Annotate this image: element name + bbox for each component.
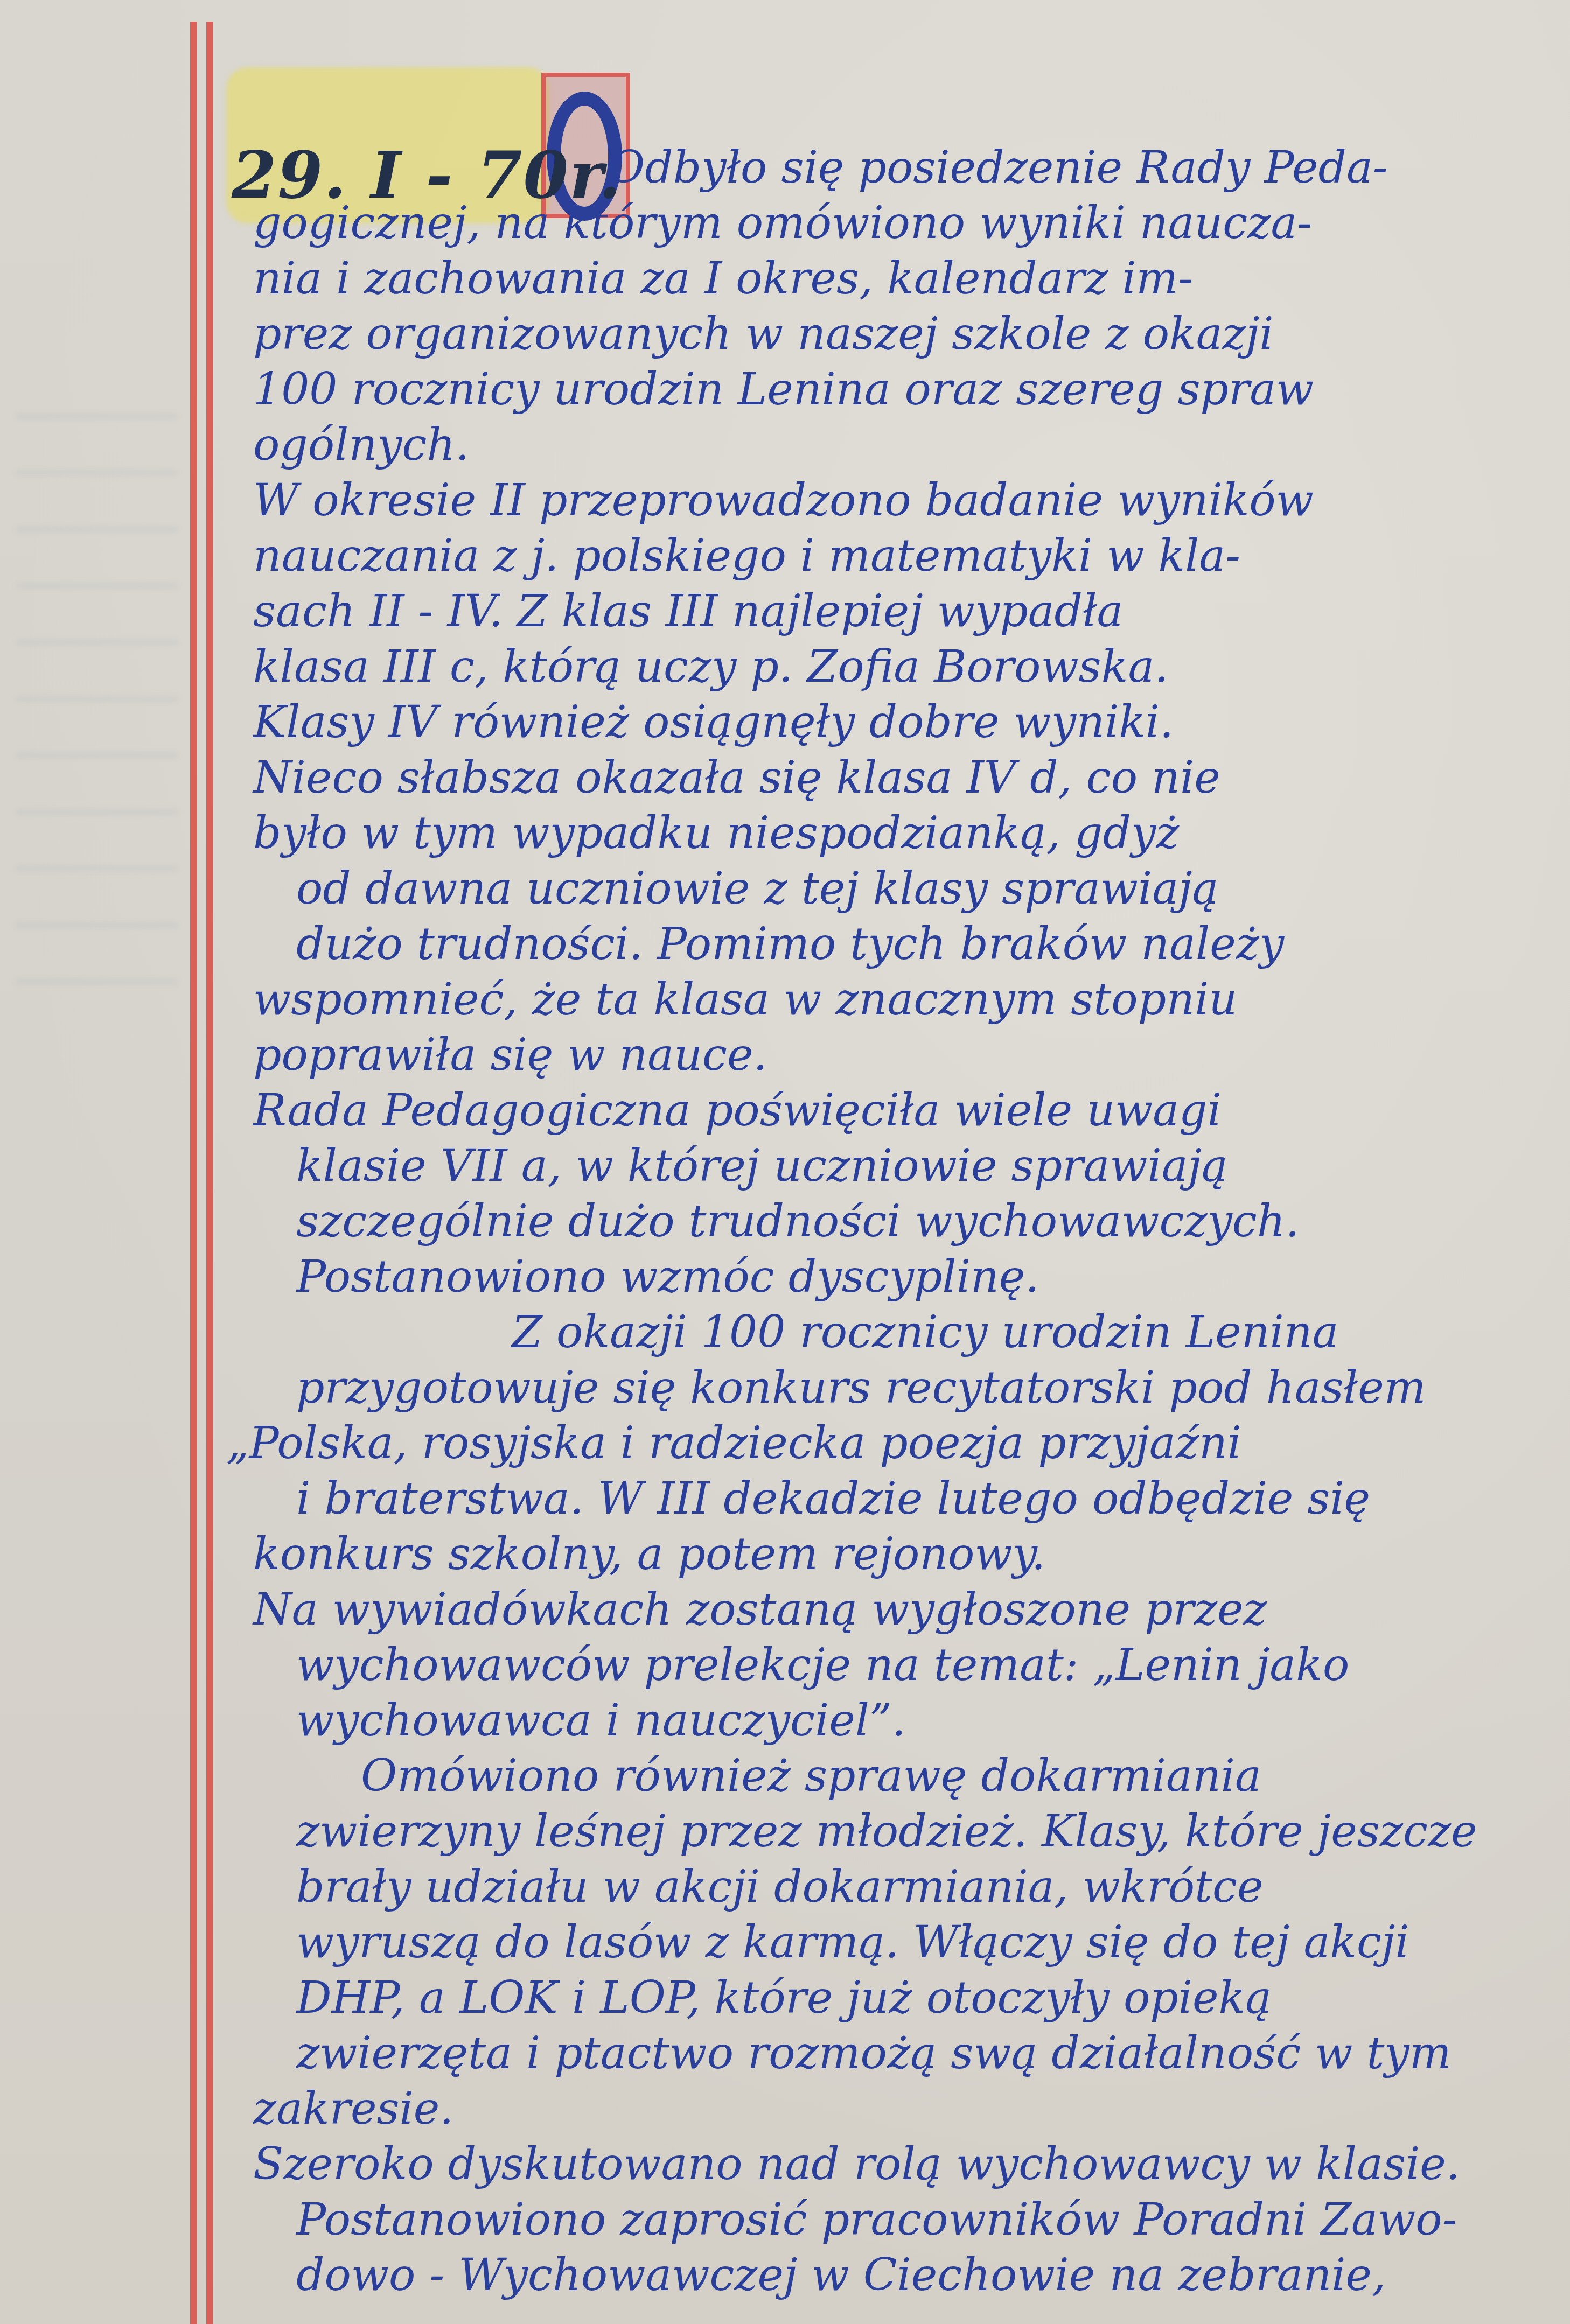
text-line: sach II - IV. Z klas III najlepiej wypad… [253,584,1557,639]
text-line: „Polska, rosyjska i radziecka poezja prz… [226,1416,1557,1471]
text-line: klasie VII a, w której uczniowie sprawia… [253,1138,1557,1194]
text-line: Klasy IV również osiągnęły dobre wyniki. [253,695,1557,750]
text-line: dowo - Wychowawczej w Ciechowie na zebra… [253,2248,1557,2303]
text-line: było w tym wypadku niespodzianką, gdyż [253,806,1557,861]
text-line: Na wywiadówkach zostaną wygłoszone przez [253,1582,1557,1637]
text-line: wspomnieć, że ta klasa w znacznym stopni… [253,972,1557,1027]
text-line: Szeroko dyskutowano nad rolą wychowawcy … [253,2137,1557,2192]
text-line: klasa III c, którą uczy p. Zofia Borowsk… [253,639,1557,695]
red-margin-line-inner [206,22,213,2324]
text-line: Omówiono również sprawę dokarmiania [253,1748,1557,1804]
text-line: Z okazji 100 rocznicy urodzin Lenina [253,1305,1557,1360]
text-line: przygotowuje się konkurs recytatorski po… [253,1360,1557,1416]
text-line: wychowawców prelekcje na temat: „Lenin j… [253,1637,1557,1693]
text-line: gogicznej, na którym omówiono wyniki nau… [253,195,1557,251]
text-line: wychowawca i nauczyciel”. [253,1693,1557,1748]
text-line: Postanowiono zaprosić pracowników Poradn… [253,2192,1557,2248]
text-line: konkurs szkolny, a potem rejonowy. [253,1527,1557,1582]
text-line: W okresie II przeprowadzono badanie wyni… [253,473,1557,528]
reverse-side-bleed-through [16,377,178,1023]
text-line: szczególnie dużo trudności wychowawczych… [253,1194,1557,1249]
text-line: ogólnych. [253,417,1557,473]
text-line: nia i zachowania za I okres, kalendarz i… [253,251,1557,306]
handwritten-body: Odbyło się posiedzenie Rady Peda- gogicz… [253,140,1557,2303]
text-line: DHP, a LOK i LOP, które już otoczyły opi… [253,1970,1557,2026]
text-line: i braterstwa. W III dekadzie lutego odbę… [253,1471,1557,1527]
text-line: nauczania z j. polskiego i matematyki w … [253,528,1557,584]
text-line: od dawna uczniowie z tej klasy sprawiają [253,861,1557,916]
text-line: 100 rocznicy urodzin Lenina oraz szereg … [253,362,1557,417]
text-line: wyruszą do lasów z karmą. Włączy się do … [253,1915,1557,1970]
text-line: Rada Pedagogiczna poświęciła wiele uwagi [253,1083,1557,1138]
text-line: Odbyło się posiedzenie Rady Peda- [253,140,1557,195]
red-margin-line-outer [190,22,197,2324]
text-line: zwierzęta i ptactwo rozmożą swą działaln… [253,2026,1557,2081]
text-line: zwierzyny leśnej przez młodzież. Klasy, … [253,1804,1557,1859]
text-line: Nieco słabsza okazała się klasa IV d, co… [253,750,1557,806]
text-line: brały udziału w akcji dokarmiania, wkrót… [253,1859,1557,1915]
text-line: prez organizowanych w naszej szkole z ok… [253,306,1557,362]
text-line: Postanowiono wzmóc dyscyplinę. [253,1249,1557,1305]
text-line: dużo trudności. Pomimo tych braków należ… [253,916,1557,972]
text-line: zakresie. [253,2081,1557,2137]
text-line: poprawiła się w nauce. [253,1027,1557,1083]
